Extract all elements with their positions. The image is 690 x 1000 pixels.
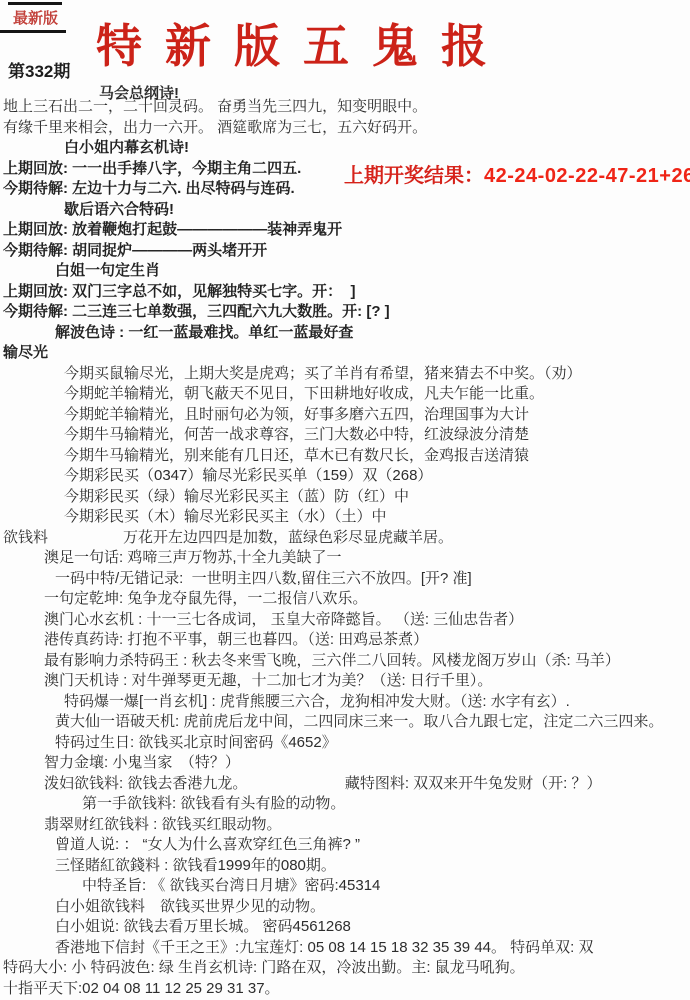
text-line: 今期牛马输精光，别来能有几日还，草木已有数尺长，金鸡报吉送清猿 xyxy=(0,446,690,467)
text-line: 曾道人说: ： “女人为什么喜欢穿红色三角裤? ” xyxy=(0,835,690,856)
text-line: 今期蛇羊输精光，朝飞蔽天不见日，下田耕地好收成，凡夫乍能一比重。 xyxy=(0,384,690,405)
badge-top-rule xyxy=(8,2,62,5)
text-line: 翡翠财红欲钱料 : 欲钱买红眼动物。 xyxy=(0,815,690,836)
text-line: 一句定乾坤: 兔争龙夺鼠先得，一二报信八欢乐。 xyxy=(0,589,690,610)
text-line: 今期蛇羊输精光，且时丽句必为领，好事多磨六五四，治理国事为大计 xyxy=(0,405,690,426)
newspaper-page: 最新版 第332期 特新版五鬼报 马会总纲诗! 上期开奖结果：42-24-02-… xyxy=(0,0,690,1000)
text-line: 特码大小: 小 特码波色: 绿 生肖玄机诗: 门路在双，冷波出勤。主: 鼠龙马吼… xyxy=(0,958,690,979)
body-lines: 地上三石出二一，二十回灵码。 奋勇当先三四九，知变明眼中。有缘千里来相会，出力一… xyxy=(0,97,690,999)
text-line: 三怪賭紅欲錢料 : 欲钱看1999年的080期。 xyxy=(0,856,690,877)
text-line: 中特圣旨: 《 欲钱买台湾日月塘》密码:45314 xyxy=(0,876,690,897)
text-line: 十指平天下:02 04 08 11 12 25 29 31 37。 xyxy=(0,979,690,1000)
text-line: 最有影响力杀特码王 : 秋去冬来雪飞晚，三六伴二八回转。风楼龙阁万岁山（杀: 马… xyxy=(0,651,690,672)
text-line: 黄大仙一语破天机: 虎前虎后龙中间，二四同床三来一。取八合九跟七定，注定二六三四… xyxy=(0,712,690,733)
badge-bottom-rule xyxy=(0,30,66,33)
text-line: 白姐一句定生肖 xyxy=(0,261,690,282)
text-line: 今期待解: 左边十力与二六. 出尽特码与连码. xyxy=(0,179,690,200)
text-line: 解波色诗 : 一红一蓝最难找。单红一蓝最好查 xyxy=(0,323,690,344)
text-line: 第一手欲钱料: 欲钱看有头有脸的动物。 xyxy=(0,794,690,815)
text-line: 特码爆一爆[一肖玄机] : 虎背熊腰三六合，龙狗相冲发大财。（送: 水字有玄）. xyxy=(0,692,690,713)
text-line: 上期回放: 一一出手捧八字，今期主角二四五. xyxy=(0,159,690,180)
text-line: 欲钱料 万花开左边四四是加数，蓝绿色彩尽显虎藏羊居。 xyxy=(0,528,690,549)
text-line: 歇后语六合特码! xyxy=(0,200,690,221)
text-line: 今期彩民买（0347）输尽光彩民买单（159）双（268） xyxy=(0,466,690,487)
text-line: 今期待解: 胡同捉炉————两头堵开开 xyxy=(0,241,690,262)
text-line: 今期买鼠输尽光，上期大奖是虎鸡；买了羊肖有希望，猪来猜去不中奖。（劝） xyxy=(0,364,690,385)
text-line: 有缘千里来相会，出力一六开。 酒筵歌席为三七，五六好码开。 xyxy=(0,118,690,139)
text-line: 澳门天机诗 : 对牛弹琴更无趣，十二加七才为美？（送: 日行千里）。 xyxy=(0,671,690,692)
text-line: 香港地下信封《千王之王》:九宝莲灯: 05 08 14 15 18 32 35 … xyxy=(0,938,690,959)
text-line: 上期回放: 放着鞭炮打起鼓——————装神弄鬼开 xyxy=(0,220,690,241)
text-line: 白小姐欲钱料 欲钱买世界少见的动物。 xyxy=(0,897,690,918)
text-line: 地上三石出二一，二十回灵码。 奋勇当先三四九，知变明眼中。 xyxy=(0,97,690,118)
text-line: 港传真药诗: 打抱不平事，朝三也暮四。（送: 田鸡忌茶煮） xyxy=(0,630,690,651)
text-line: 白小姐内幕玄机诗! xyxy=(0,138,690,159)
edition-badge: 最新版 xyxy=(13,7,58,28)
text-line: 今期彩民买（绿）输尽光彩民买主（蓝）防（红）中 xyxy=(0,487,690,508)
text-line: 一码中特/无错记录: 一世明主四八数,留住三六不放四。[开? 准] xyxy=(0,569,690,590)
text-line: 特码过生日: 欲钱买北京时间密码《4652》 xyxy=(0,733,690,754)
text-line: 上期回放: 双门三字总不如，见解独特买七字。开： ] xyxy=(0,282,690,303)
text-line: 澳足一句话: 鸡啼三声万物苏,十全九美缺了一 xyxy=(0,548,690,569)
text-line: 白小姐说: 欲钱去看万里长城。 密码4561268 xyxy=(0,917,690,938)
page-title: 特新版五鬼报 xyxy=(96,22,510,73)
text-line: 智力金壤: 小鬼当家 （特？） xyxy=(0,753,690,774)
text-line: 澳门心水玄机 : 十一三七各成词， 玉皇大帝降懿旨。 （送: 三仙忠告者） xyxy=(0,610,690,631)
text-line: 今期彩民买（木）输尽光彩民买主（水）（土）中 xyxy=(0,507,690,528)
text-line: 今期待解: 二三连三七单数强，三四配六九大数胜。开: [? ] xyxy=(0,302,690,323)
text-line: 今期牛马输精光，何苦一战求尊容，三门大数必中特，红波绿波分清楚 xyxy=(0,425,690,446)
text-line: 泼妇欲钱料: 欲钱去香港九龙。 藏特图料: 双双来开牛兔发财（开: ？） xyxy=(0,774,690,795)
issue-number: 第332期 xyxy=(8,57,70,82)
text-line: 输尽光 xyxy=(0,343,690,364)
